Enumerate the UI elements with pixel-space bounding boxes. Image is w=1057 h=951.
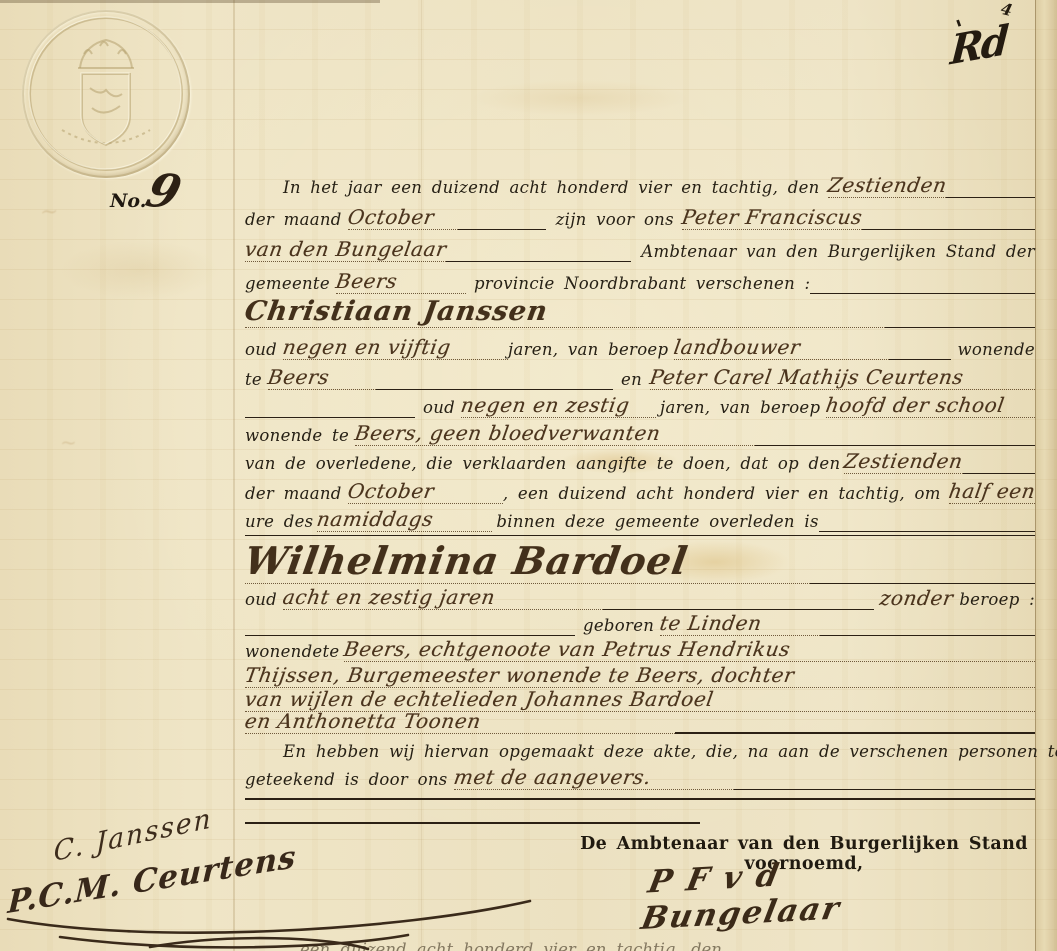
handwritten-text: Peter Franciscus [682, 205, 862, 230]
left-fold-line [233, 0, 235, 951]
line-death-date: der maandOctober, een duizend acht honde… [245, 478, 1035, 504]
fill-rule [862, 229, 1035, 230]
line-declarants-relation: wonende teBeers, geen bloedverwanten [245, 420, 1035, 446]
handwritten-text: October [348, 205, 458, 230]
printed-text: jaren, van beroep [508, 340, 668, 360]
fill-rule [245, 417, 415, 418]
handwritten-text: Beers [268, 365, 376, 390]
line-separator-rule [245, 818, 700, 824]
line-residence-spouse: wonendeteBeers, echtgenoote van Petrus H… [245, 636, 1035, 662]
embossed-seal [22, 10, 190, 178]
handwritten-text: Beers, geen bloedverwanten [355, 421, 755, 446]
handwritten-text: Zestienden [828, 173, 947, 198]
printed-text: geteekend is door ons [245, 770, 448, 790]
line-deceased-name: Wilhelmina Bardoel [245, 538, 1035, 584]
printed-text: zijn voor ons [556, 210, 674, 230]
printed-text: , een duizend acht honderd vier en tacht… [503, 484, 941, 504]
line-declarant-1-residence: teBeersenPeter Carel Mathijs Ceurtens [245, 364, 1035, 390]
handwritten-text: October [348, 479, 503, 504]
printed-text: en [621, 370, 642, 390]
handwritten-text: acht en zestig jaren [283, 585, 603, 610]
printed-text: wonende te [245, 426, 349, 446]
handwritten-text: half een [949, 479, 1035, 504]
printed-text: geboren [583, 616, 654, 636]
top-edge-shadow [0, 0, 380, 3]
handwritten-text: negen en vijftig [283, 335, 508, 360]
printed-text: ure des [245, 512, 313, 532]
death-certificate-scan: { "document": { "kind": "Dutch civil dea… [0, 0, 1057, 951]
corner-paraph-initials: Rd [949, 16, 1009, 74]
fill-rule [446, 261, 631, 262]
line-closing-rule [245, 794, 1035, 800]
printed-text: der maand [245, 210, 342, 230]
handwritten-text: en Anthonetta Toonen [245, 709, 675, 734]
handwritten-text: Beers [336, 269, 466, 294]
handwritten-text: Zestienden [844, 449, 963, 474]
line-signing-statement: geteekend is door onsmet de aangevers. [245, 764, 1035, 790]
printed-text: gemeente [245, 274, 330, 294]
handwritten-text: Beers, echtgenoote van Petrus Hendrikus [344, 637, 1036, 662]
printed-text: Ambtenaar van den Burgerlijken Stand der [641, 242, 1035, 262]
line-official-name: van den BungelaarAmbtenaar van den Burge… [245, 236, 1035, 262]
fill-rule [963, 473, 1035, 474]
paper-stain [470, 80, 690, 116]
handwritten-text: namiddags [317, 507, 492, 532]
handwritten-text: Wilhelmina Bardoel [245, 538, 810, 584]
printed-text: oud [245, 590, 277, 610]
fill-rule [245, 822, 700, 824]
handwritten-text: te Linden [660, 611, 820, 636]
fill-rule [755, 445, 1035, 446]
fill-rule [734, 789, 1035, 790]
printed-text: oud [423, 398, 455, 418]
line-declaration-date: van de overledene, die verklaarden aangi… [245, 448, 1035, 474]
printed-text: En hebben wij hiervan opgemaakt deze akt… [283, 742, 1057, 762]
line-blank-rule [245, 530, 1035, 536]
line-spouse-details: Thijssen, Burgemeester wonende te Beers,… [245, 662, 1035, 688]
ink-bleedthrough: ~ [40, 200, 59, 226]
handwritten-text: zonder [880, 586, 953, 610]
printed-text: wonende [957, 340, 1035, 360]
handwritten-text: Peter Carel Mathijs Ceurtens [650, 365, 1035, 390]
fill-rule [885, 327, 1035, 328]
coat-of-arms-icon [22, 10, 190, 178]
fill-rule [245, 798, 1035, 800]
printed-text: beroep : [959, 590, 1035, 610]
line-municipality: gemeenteBeersprovincie Noordbrabant vers… [245, 268, 1035, 294]
line-opening-date: In het jaar een duizend acht honderd vie… [245, 172, 1035, 198]
page-right-edge [1035, 0, 1057, 951]
handwritten-text: met de aangevers. [454, 765, 734, 790]
handwritten-text: landbouwer [674, 335, 889, 360]
center-fold-line [421, 0, 422, 951]
line-death-time-place: ure desnamiddagsbinnen deze gemeente ove… [245, 506, 1035, 532]
paper-stain [60, 240, 220, 300]
printed-text: provincie Noordbrabant verschenen : [474, 274, 810, 294]
act-number-label: No. [110, 190, 146, 212]
witness-signature-2: P.C.M. Ceurtens [7, 839, 297, 921]
next-act-clipped-text: een duizend acht honderd vier en tachtig… [300, 940, 880, 951]
line-month-official: der maandOctoberzijn voor onsPeter Franc… [245, 204, 1035, 230]
fill-rule [458, 229, 546, 230]
printed-text: In het jaar een duizend acht honderd vie… [283, 178, 820, 198]
fill-rule [245, 535, 1035, 536]
printed-text: binnen deze gemeente overleden is [496, 512, 818, 532]
fill-rule [889, 359, 951, 360]
fill-rule [946, 197, 1035, 198]
line-declarant-1-details: oudnegen en vijftigjaren, van beroepland… [245, 334, 1035, 360]
fill-rule [376, 389, 613, 390]
line-deceased-age: oudacht en zestig jarenzonderberoep : [245, 584, 1035, 610]
printed-text: oud [245, 340, 277, 360]
printed-text: der maand [245, 484, 342, 504]
printed-text: wonendete [245, 642, 340, 662]
line-birthplace: geborente Linden [245, 610, 1035, 636]
line-mother-name: en Anthonetta Toonen [245, 708, 1035, 734]
handwritten-text: hoofd der school [826, 393, 1035, 418]
printed-text: te [245, 370, 262, 390]
line-declarant-2-details: oudnegen en zestigjaren, van beroephoofd… [245, 392, 1035, 418]
handwritten-text: Christiaan Janssen [245, 296, 885, 328]
line-closing-statement: En hebben wij hiervan opgemaakt deze akt… [245, 736, 1035, 762]
handwritten-text: Thijssen, Burgemeester wonende te Beers,… [245, 663, 1035, 688]
fill-rule [675, 732, 1035, 734]
handwritten-text: van den Bungelaar [245, 237, 446, 262]
printed-text: van de overledene, die verklaarden aangi… [245, 454, 840, 474]
ink-bleedthrough: ~ [60, 430, 77, 454]
handwritten-text: negen en zestig [461, 393, 656, 418]
line-declarant-1-name: Christiaan Janssen [245, 294, 1035, 328]
printed-text: jaren, van beroep [660, 398, 820, 418]
